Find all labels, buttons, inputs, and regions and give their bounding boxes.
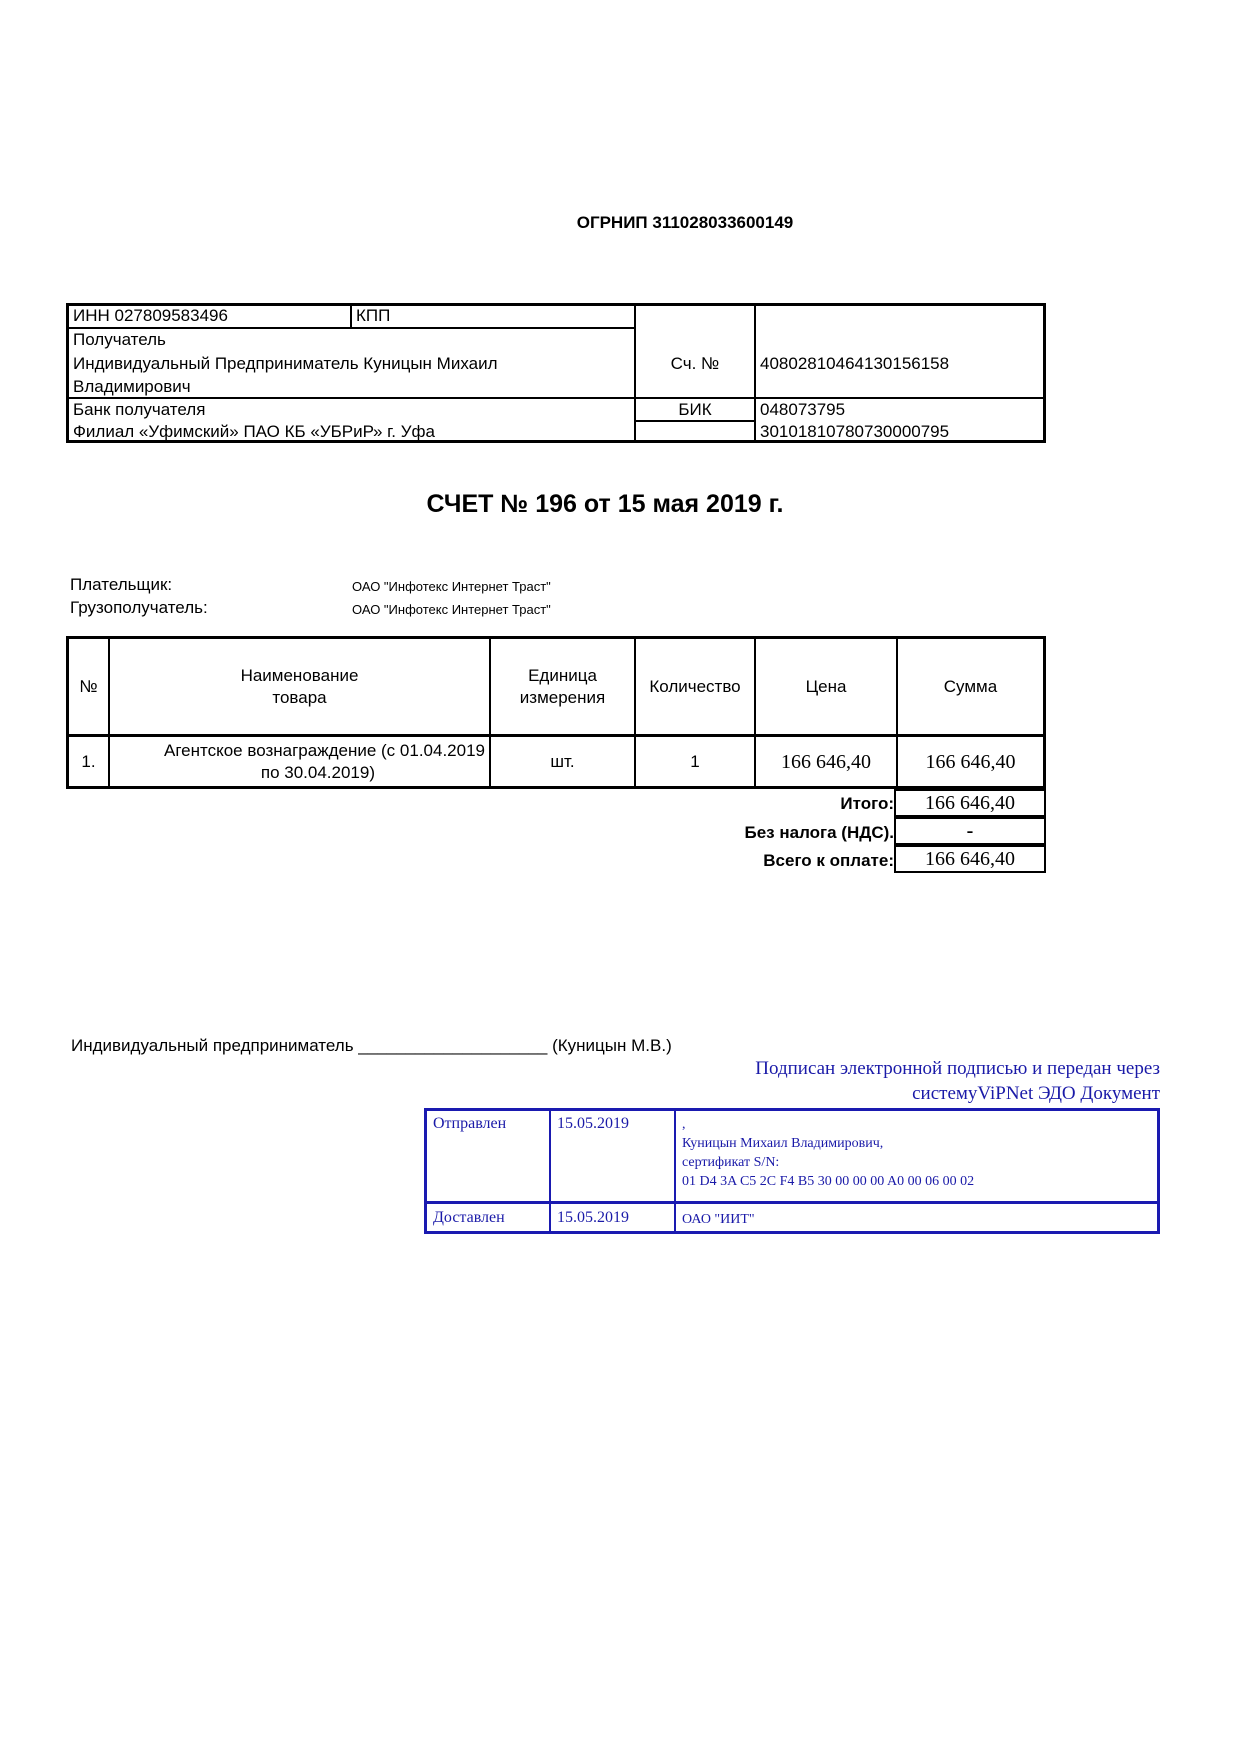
total-value: 166 646,40: [894, 789, 1046, 817]
total-label: Итого:: [840, 794, 894, 814]
row-price: 166 646,40: [756, 737, 896, 787]
kpp: КПП: [352, 306, 390, 326]
edo-sent-date: 15.05.2019: [557, 1115, 629, 1133]
row-num: 1.: [69, 737, 108, 787]
bank-label: Банк получателя: [69, 400, 205, 420]
inn: ИНН 027809583496: [69, 306, 228, 326]
recipient-label: Получатель: [69, 330, 166, 350]
edo-note-line1: Подписан электронной подписью и передан …: [755, 1058, 1160, 1080]
row-sum: 166 646,40: [898, 737, 1043, 787]
recipient-name-line2: Владимирович: [69, 377, 191, 397]
consignee-label: Грузополучатель:: [70, 598, 208, 618]
corr-account: 30101810780730000795: [756, 422, 949, 442]
edo-sent-detail: , Куницын Михаил Владимирович, сертифика…: [682, 1115, 974, 1191]
edo-note-line2: системуViPNet ЭДО Документ: [912, 1083, 1160, 1105]
row-name-line1: Агентское вознаграждение (с 01.04.2019: [164, 740, 485, 762]
signature-line: Индивидуальный предприниматель _________…: [71, 1036, 672, 1056]
edo-sent-detail-line1: ,: [682, 1115, 974, 1134]
bik-value: 048073795: [756, 400, 845, 420]
row-name-line2: по 30.04.2019): [261, 762, 375, 784]
row-unit: шт.: [491, 737, 634, 787]
consignee-value: ОАО "Инфотекс Интернет Траст": [352, 602, 551, 617]
header-sum: Сумма: [898, 639, 1043, 734]
due-value: 166 646,40: [894, 845, 1046, 873]
header-name-line2: товара: [272, 687, 326, 709]
items-table: № Наименование товара Единица измерения …: [66, 636, 1046, 789]
invoice-title: СЧЕТ № 196 от 15 мая 2019 г.: [0, 490, 1240, 519]
tax-value: -: [894, 817, 1046, 845]
header-name-line1: Наименование: [241, 665, 359, 687]
edo-delivered-status: Доставлен: [433, 1209, 505, 1227]
edo-delivered-date: 15.05.2019: [557, 1209, 629, 1227]
ogrnip-heading: ОГРНИП 311028033600149: [0, 213, 1240, 233]
tax-label: Без налога (НДС).: [745, 823, 895, 843]
due-label: Всего к оплате:: [763, 851, 894, 871]
account-label: Сч. №: [636, 354, 754, 374]
payer-label: Плательщик:: [70, 575, 172, 595]
header-num: №: [69, 639, 108, 734]
edo-sent-status: Отправлен: [433, 1115, 506, 1133]
edo-sent-cert-sn: 01 D4 3A C5 2C F4 B5 30 00 00 00 A0 00 0…: [682, 1172, 974, 1191]
row-qty: 1: [636, 737, 754, 787]
bank-details-table: ИНН 027809583496 КПП Получатель Индивиду…: [66, 303, 1046, 443]
header-name: Наименование товара: [110, 639, 489, 734]
header-unit-line2: измерения: [520, 687, 605, 709]
edo-delivered-recipient: ОАО "ИИТ": [682, 1210, 755, 1229]
edo-sent-signer: Куницын Михаил Владимирович,: [682, 1134, 974, 1153]
row-name: Агентское вознаграждение (с 01.04.2019 п…: [110, 737, 489, 787]
header-unit: Единица измерения: [491, 639, 634, 734]
bik-label: БИК: [636, 400, 754, 420]
edo-status-table: Отправлен 15.05.2019 , Куницын Михаил Вл…: [424, 1108, 1160, 1234]
recipient-name-line1: Индивидуальный Предприниматель Куницын М…: [69, 354, 498, 374]
header-unit-line1: Единица: [528, 665, 597, 687]
bank-name: Филиал «Уфимский» ПАО КБ «УБРиР» г. Уфа: [69, 422, 435, 442]
header-qty: Количество: [636, 639, 754, 734]
edo-sent-cert-label: сертификат S/N:: [682, 1153, 974, 1172]
payer-value: ОАО "Инфотекс Интернет Траст": [352, 579, 551, 594]
header-price: Цена: [756, 639, 896, 734]
account-number: 40802810464130156158: [756, 354, 949, 374]
